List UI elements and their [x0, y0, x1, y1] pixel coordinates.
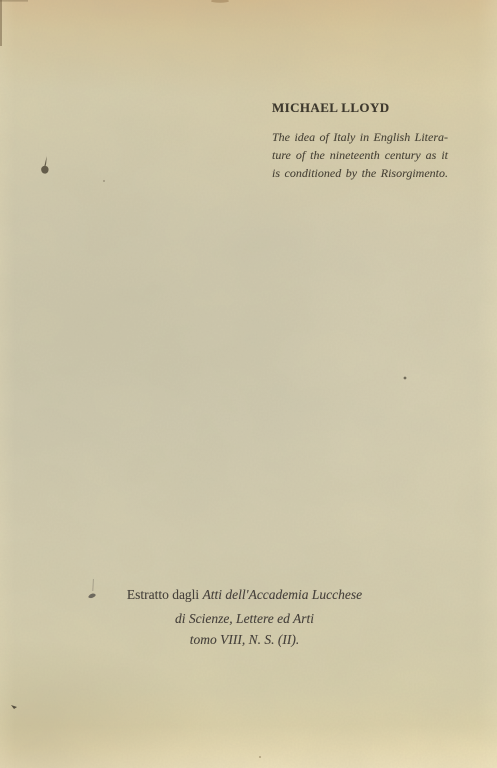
corner-shadow-top — [0, 0, 28, 2]
imprint-series-title: Atti dell'Accademia Lucchese — [203, 587, 363, 602]
book-page: MICHAEL LLOYD The idea of Italy in Engli… — [0, 0, 497, 768]
imprint-prefix: Estratto dagli — [127, 587, 203, 602]
imprint-line-3: tomo VIII, N. S. (II). — [0, 631, 493, 648]
imprint-line-1: Estratto dagli Atti dell'Accademia Lucch… — [0, 586, 493, 603]
author-title-block: MICHAEL LLOYD The idea of Italy in Engli… — [272, 100, 448, 182]
speck-4 — [259, 756, 261, 758]
top-edge-nick — [211, 0, 229, 3]
title-line-1: The idea of Italy in English Litera- — [272, 128, 448, 146]
title-line-3: is conditioned by the Risorgimento. — [272, 164, 448, 182]
speck-3 — [11, 705, 17, 709]
corner-shadow-left — [0, 0, 2, 46]
title-paragraph: The idea of Italy in English Litera- tur… — [272, 128, 448, 182]
imprint-block: Estratto dagli Atti dell'Accademia Lucch… — [0, 586, 493, 648]
speck-2 — [404, 377, 407, 380]
speck-1 — [103, 180, 105, 182]
imprint-line-2: di Scienze, Lettere ed Arti — [0, 610, 493, 627]
ink-blot-stain — [41, 156, 48, 174]
title-line-2: ture of the nineteenth century as it — [272, 146, 448, 164]
author-name: MICHAEL LLOYD — [272, 100, 448, 116]
